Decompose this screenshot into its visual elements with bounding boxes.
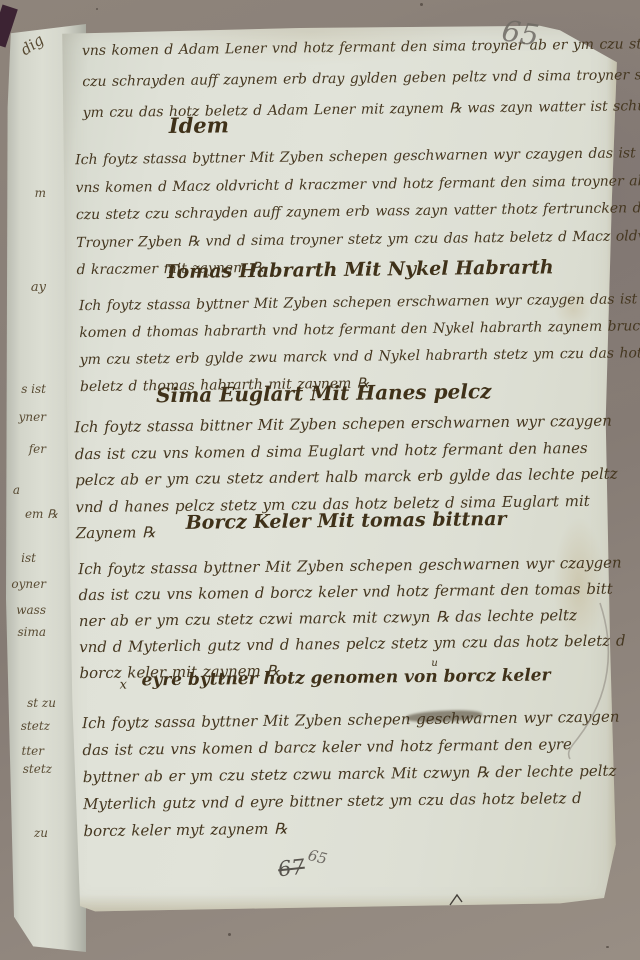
entry-heading: Borcz Keler Mit tomas bittnar <box>186 508 507 534</box>
caret-mark <box>448 893 466 907</box>
entry-heading: eyre byttner hotz genomen von borcz kele… <box>141 665 550 690</box>
table-speck <box>96 8 98 10</box>
table-speck <box>606 946 609 948</box>
entry-heading: Sima Euglart Mit Hanes pelcz <box>156 379 492 407</box>
entry-heading: Idem <box>169 112 229 138</box>
heading-prefix-mark: x <box>120 678 128 693</box>
folio-number-bottom-crossed: 67 <box>277 855 306 882</box>
text-line: borcz keler myt zaynem ℞ <box>83 812 621 846</box>
entry-block: vns komen d Adam Lener vnd hotz fermant … <box>82 29 640 129</box>
text-line: ym czu das hotz beletz d Adam Lener mit … <box>82 91 640 129</box>
entry-block: Ich foytz sassa byttner Mit Zyben schepe… <box>82 704 621 846</box>
superscript-mark: u <box>431 658 438 669</box>
manuscript-photo: dig m ay s ist yner fer a em ℞ ist oyner… <box>0 0 640 960</box>
folio-number-top: 65 <box>500 13 542 52</box>
ink-text-layer: vns komen d Adam Lener vnd hotz fermant … <box>0 0 640 960</box>
table-speck <box>228 933 231 936</box>
pencil-scribble <box>556 600 618 765</box>
table-speck <box>420 3 423 6</box>
